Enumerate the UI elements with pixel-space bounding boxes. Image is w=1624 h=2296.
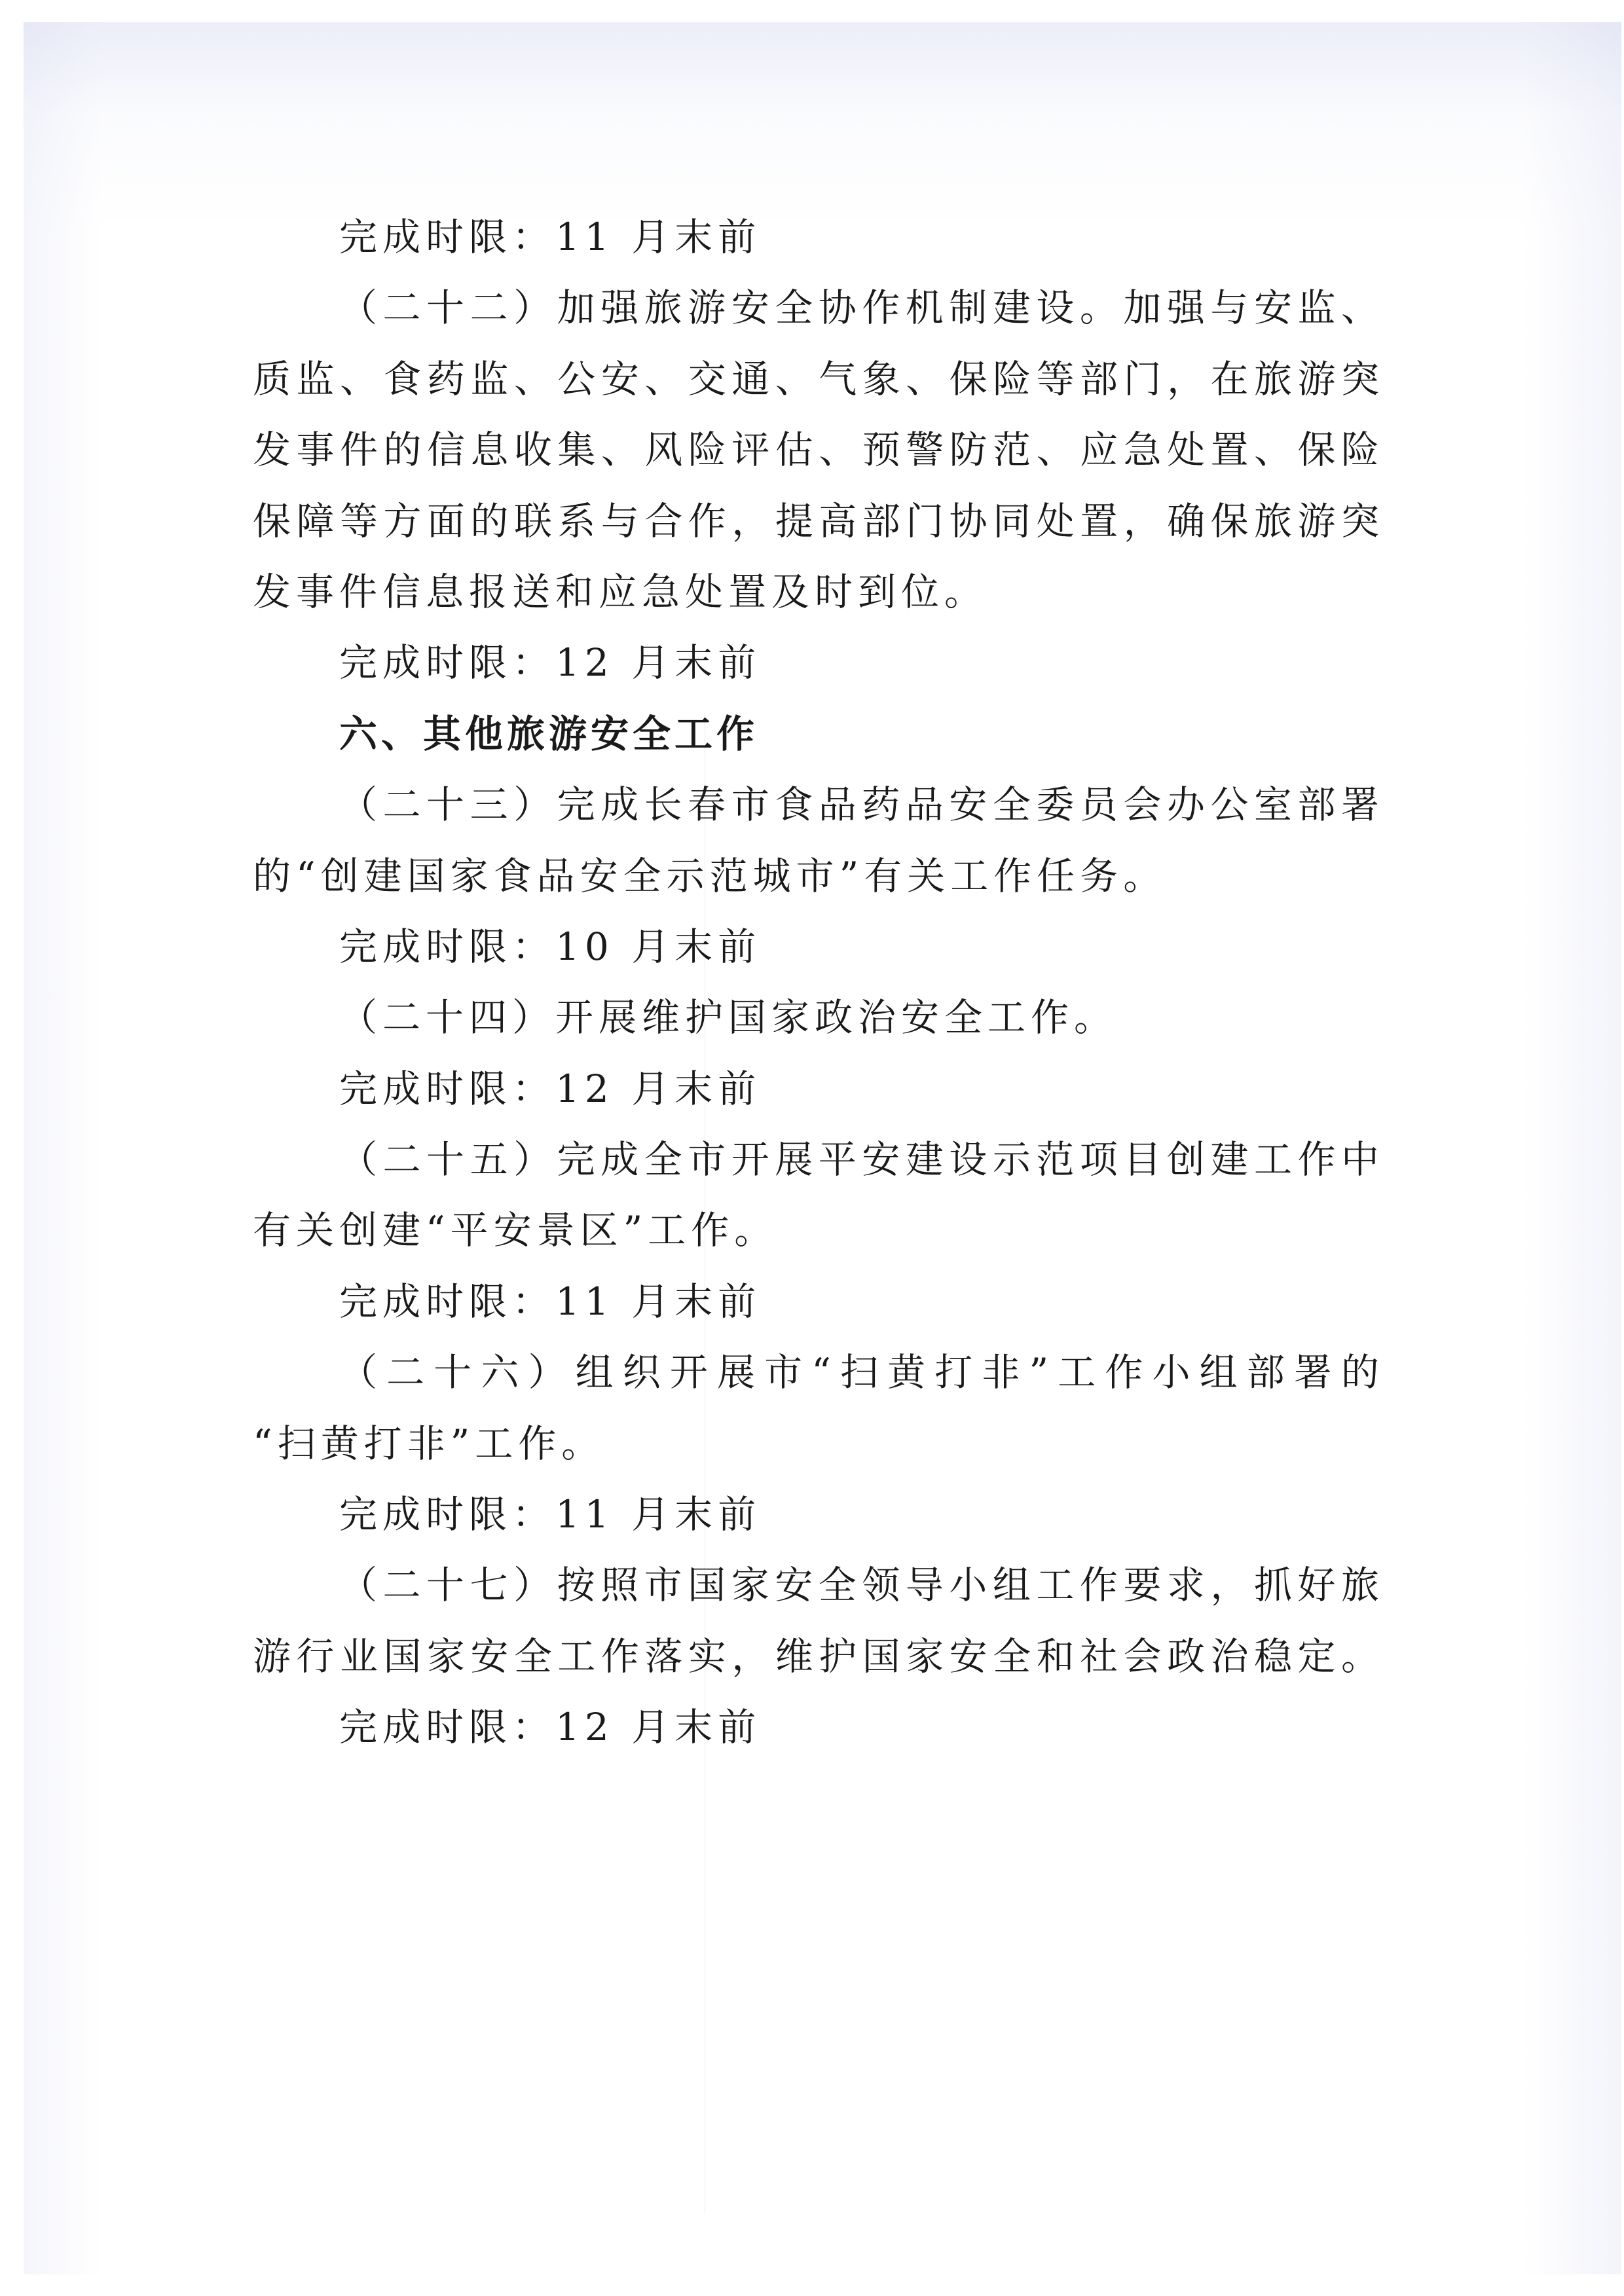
item-22-line-2: 质监、食药监、公安、交通、气象、保险等部门，在旅游突 [253,344,1379,414]
item-25-line-1: （二十五）完成全市开展平安建设示范项目创建工作中 [253,1124,1379,1195]
section-6-heading: 六、其他旅游安全工作 [253,699,1379,769]
item-24-line-1: （二十四）开展维护国家政治安全工作。 [253,982,1379,1053]
item-25-line-2: 有关创建“平安景区”工作。 [253,1195,1379,1266]
item-23-deadline: 完成时限：10 月末前 [253,911,1379,982]
item-22-line-4: 保障等方面的联系与合作，提高部门协同处置，确保旅游突 [253,486,1379,556]
item-26-deadline: 完成时限：11 月末前 [253,1479,1379,1550]
document-page: 完成时限：11 月末前 （二十二）加强旅游安全协作机制建设。加强与安监、 质监、… [253,202,1379,1763]
item-24-deadline: 完成时限：12 月末前 [253,1053,1379,1124]
item-26-line-1: （二十六）组织开展市“扫黄打非”工作小组部署的 [253,1337,1379,1408]
item-27-deadline: 完成时限：12 月末前 [253,1692,1379,1762]
item-22-deadline: 完成时限：12 月末前 [253,627,1379,698]
item-22-line-1: （二十二）加强旅游安全协作机制建设。加强与安监、 [253,272,1379,343]
item-27-line-2: 游行业国家安全工作落实，维护国家安全和社会政治稳定。 [253,1621,1379,1692]
item-25-deadline: 完成时限：11 月末前 [253,1266,1379,1337]
item-26-line-2: “扫黄打非”工作。 [253,1408,1379,1479]
item-23-line-1: （二十三）完成长春市食品药品安全委员会办公室部署 [253,769,1379,840]
item-22-line-5: 发事件信息报送和应急处置及时到位。 [253,556,1379,627]
deadline-line: 完成时限：11 月末前 [253,202,1379,272]
item-27-line-1: （二十七）按照市国家安全领导小组工作要求，抓好旅 [253,1550,1379,1620]
item-23-line-2: 的“创建国家食品安全示范城市”有关工作任务。 [253,841,1379,911]
item-22-line-3: 发事件的信息收集、风险评估、预警防范、应急处置、保险 [253,414,1379,485]
